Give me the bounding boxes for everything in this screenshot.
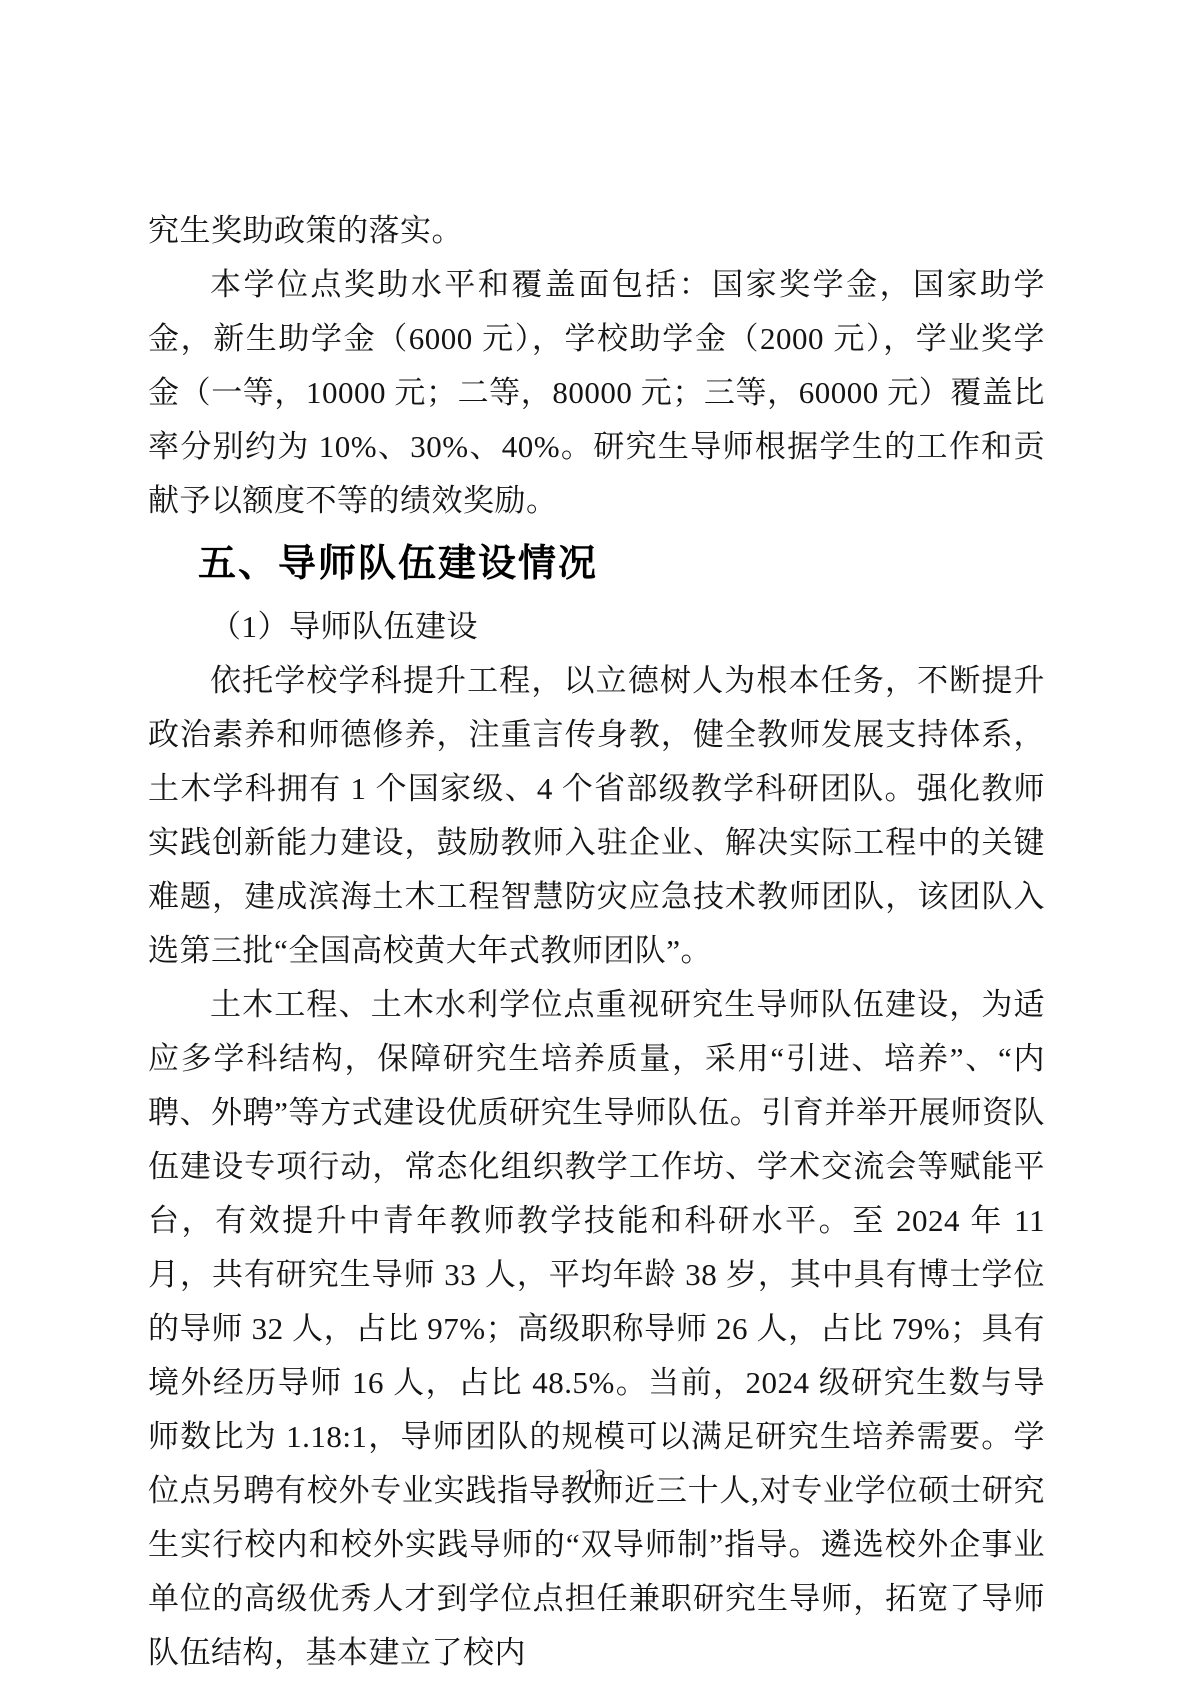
document-page: 究生奖助政策的落实。 本学位点奖助水平和覆盖面包括：国家奖学金，国家助学金，新生… — [0, 0, 1190, 1683]
paragraph-continuation: 究生奖助政策的落实。 — [148, 204, 1045, 258]
paragraph-awards: 本学位点奖助水平和覆盖面包括：国家奖学金，国家助学金，新生助学金（6000 元）… — [148, 258, 1045, 528]
page-number: 13 — [0, 1462, 1190, 1492]
paragraph-faculty-development: 依托学校学科提升工程，以立德树人为根本任务，不断提升政治素养和师德修养，注重言传… — [148, 654, 1045, 978]
sub-heading: （1）导师队伍建设 — [148, 600, 1045, 654]
section-heading: 五、导师队伍建设情况 — [148, 536, 1045, 592]
paragraph-supervisor-team: 土木工程、土木水利学位点重视研究生导师队伍建设，为适应多学科结构，保障研究生培养… — [148, 978, 1045, 1680]
